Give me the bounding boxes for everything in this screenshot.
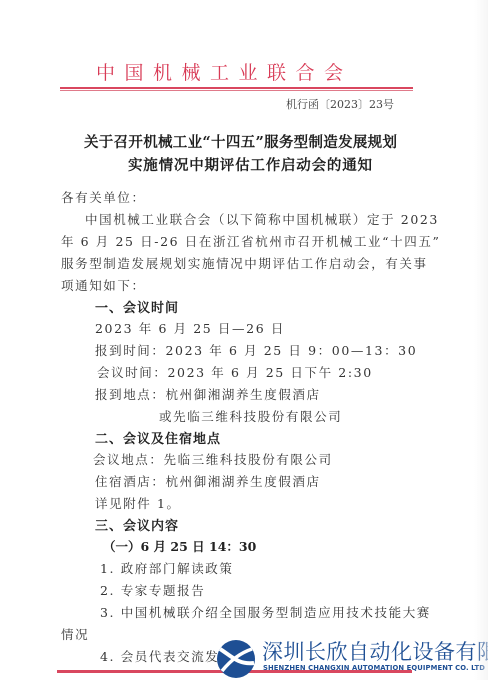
agenda-item-2: 2. 专家专题报告 <box>100 581 205 599</box>
company-name-en: SHENZHEN CHANGXIN AUTOMATION EQUIPMENT C… <box>263 664 485 672</box>
agenda-item-3-cont: 情况 <box>61 625 89 643</box>
company-watermark: 深圳长欣自动化设备有限公司 SHENZHEN CHANGXIN AUTOMATI… <box>216 636 486 680</box>
registration-location-alt: 或先临三维科技股份有限公司 <box>159 407 342 425</box>
agenda-item-4: 4. 会员代表交流发言 <box>100 647 234 665</box>
meeting-time: 会议时间：2023 年 6 月 25 日下午 2:30 <box>97 363 373 381</box>
letterhead-divider-thin <box>60 90 413 91</box>
meeting-dates: 2023 年 6 月 25 日—26 日 <box>95 319 285 337</box>
letterhead-divider-thick <box>60 87 413 89</box>
document-title-line1: 关于召开机械工业“十四五”服务型制造发展规划 <box>84 131 397 152</box>
letterhead-organization: 中国机械工业联合会 <box>96 58 353 85</box>
meeting-venue: 会议地点：先临三维科技股份有限公司 <box>93 450 333 468</box>
session-subheading: （一）6 月 25 日 14：30 <box>103 537 256 555</box>
scan-edge-shadow <box>474 0 488 680</box>
agenda-item-3: 3. 中国机械联介绍全国服务型制造应用技术技能大赛 <box>100 603 431 621</box>
hotel: 住宿酒店：杭州御湘湖养生度假酒店 <box>95 472 321 490</box>
intro-line-2: 年 6 月 25 日-26 日在浙江省杭州市召开机械工业“十四五” <box>61 232 440 250</box>
section-heading-content: 三、会议内容 <box>95 515 179 534</box>
company-name-cn: 深圳长欣自动化设备有限公司 <box>262 636 488 666</box>
agenda-item-1: 1. 政府部门解读政策 <box>100 559 234 577</box>
registration-location: 报到地点：杭州御湘湖养生度假酒店 <box>95 385 321 403</box>
see-attachment: 详见附件 1。 <box>95 494 181 512</box>
document-title-line2: 实施情况中期评估工作启动会的通知 <box>128 154 373 175</box>
section-heading-meeting-time: 一、会议时间 <box>95 297 179 316</box>
intro-line-1: 中国机械工业联合会（以下简称中国机械联）定于 2023 <box>85 210 439 228</box>
intro-line-4: 项通知如下： <box>61 276 146 294</box>
salutation: 各有关单位： <box>61 188 146 206</box>
registration-time: 报到时间：2023 年 6 月 25 日 9：00—13：30 <box>95 341 417 359</box>
section-heading-venue: 二、会议及住宿地点 <box>95 428 221 447</box>
document-number: 机行函〔2023〕23号 <box>286 96 394 112</box>
changxin-logo-icon <box>216 639 256 679</box>
intro-line-3: 服务型制造发展规划实施情况中期评估工作启动会，有关事 <box>61 254 428 272</box>
